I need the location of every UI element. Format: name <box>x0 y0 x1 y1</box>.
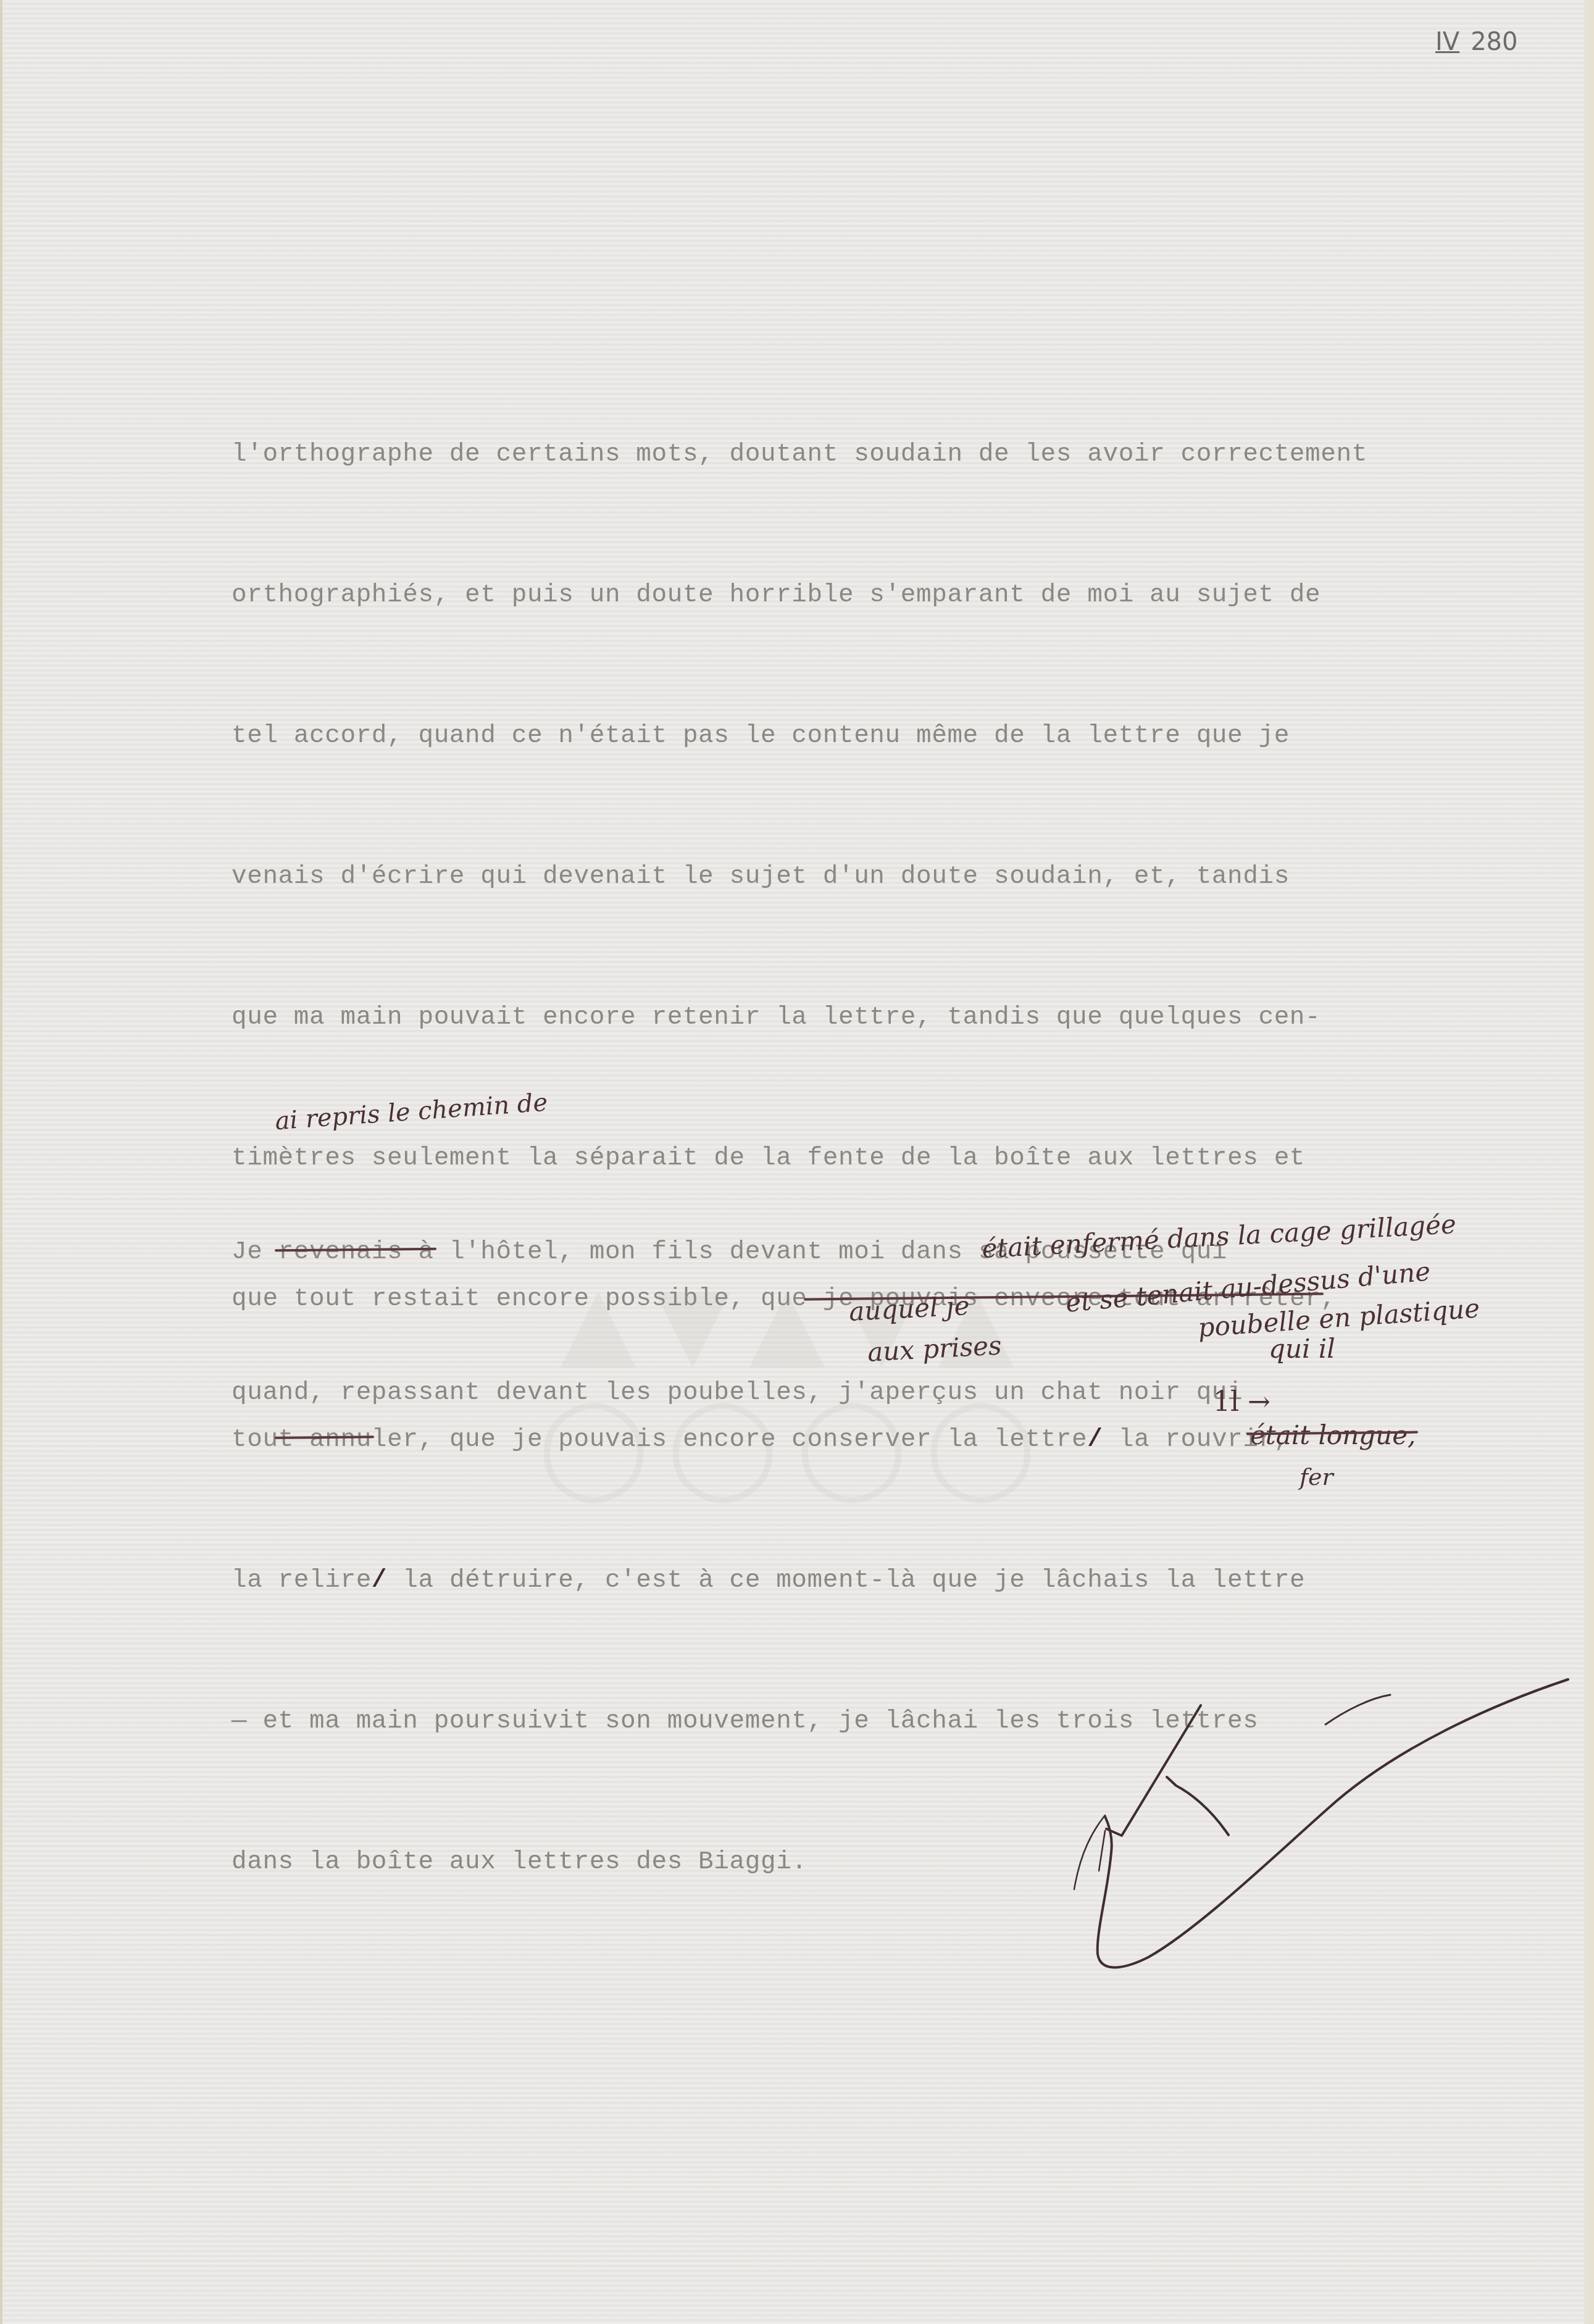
signature <box>0 0 1594 2324</box>
manuscript-page: ▲▼▲▼▲◯◯◯◯ IV280 l'orthographe de certain… <box>0 0 1594 2324</box>
